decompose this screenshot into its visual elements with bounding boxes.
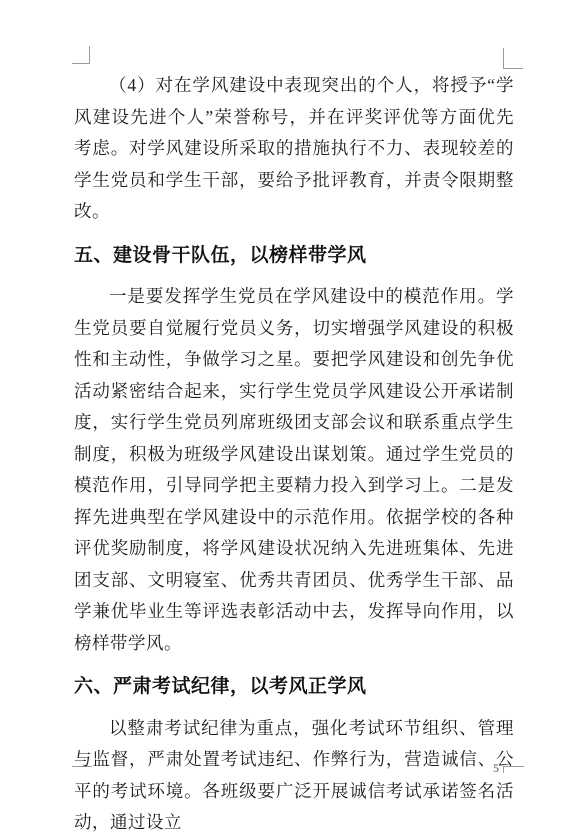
crop-mark-top-right [503, 48, 523, 69]
section-6-paragraph: 以整肃考试纪律为重点，强化考试环节组织、管理与监督，严肃处置考试违纪、作弊行为，… [74, 713, 514, 836]
document-page: （4）对在学风建设中表现突出的个人，将授予“学风建设先进个人”荣誉称号，并在评奖… [0, 0, 588, 836]
document-body: （4）对在学风建设中表现突出的个人，将授予“学风建设先进个人”荣誉称号，并在评奖… [74, 70, 514, 836]
page-number: 5 [493, 761, 499, 775]
section-6-heading: 六、严肃考试纪律，以考风正学风 [74, 671, 514, 703]
intro-paragraph-item-4: （4）对在学风建设中表现突出的个人，将授予“学风建设先进个人”荣誉称号，并在评奖… [74, 70, 514, 228]
section-5-heading: 五、建设骨干队伍，以榜样带学风 [74, 240, 514, 272]
crop-mark-top-left [72, 46, 90, 64]
section-5-paragraph: 一是要发挥学生党员在学风建设中的模范作用。学生党员要自觉履行党员义务，切实增强学… [74, 281, 514, 659]
